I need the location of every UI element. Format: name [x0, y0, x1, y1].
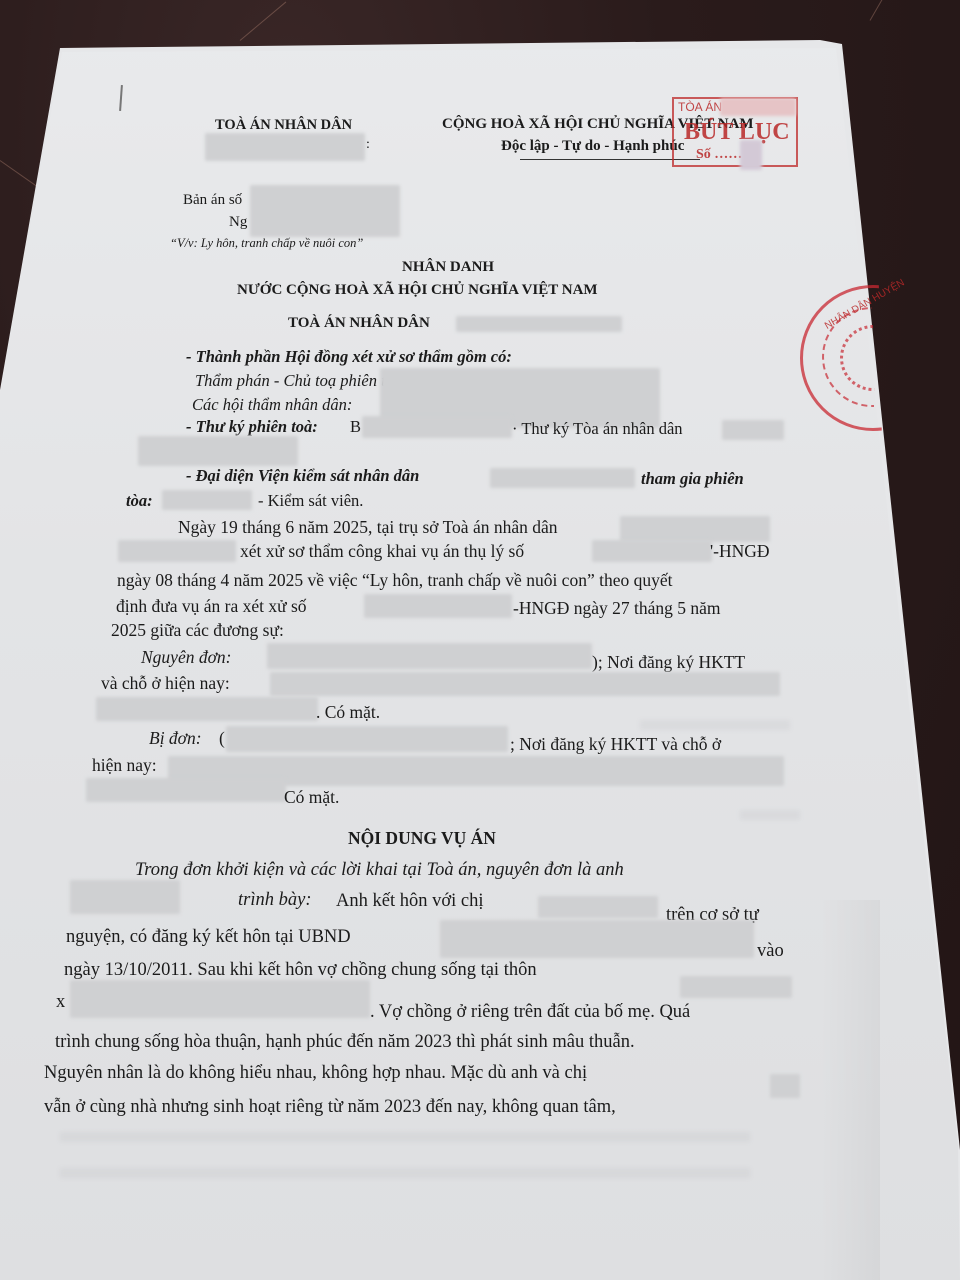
defendant-prefix: ( [219, 730, 225, 748]
bleed-through [740, 810, 800, 820]
redacted-stamp-number [740, 140, 762, 170]
procuracy-label: - Đại diện Viện kiểm sát nhân dân [186, 468, 419, 485]
procuracy-line2: tòa: [126, 493, 153, 510]
procuracy-tail: tham gia phiên [641, 471, 744, 488]
trial-line-2-tail: '-HNGĐ [710, 543, 770, 561]
table-scratch [240, 2, 287, 41]
redacted-decision-number [364, 594, 512, 618]
redacted-trial-court-line2 [118, 540, 236, 562]
redacted-village-name [680, 976, 792, 998]
content-line-2a: trình bày: [238, 891, 311, 910]
redacted-trial-court [620, 516, 770, 542]
redacted-plaintiff-address-line2 [96, 697, 318, 721]
redacted-defendant-address-line2 [86, 778, 286, 802]
stamp-title: BÚT LỤC [684, 120, 790, 144]
content-line-4: ngày 13/10/2011. Sau khi kết hôn vợ chồn… [64, 961, 537, 980]
redacted-court-location [205, 133, 365, 161]
page-shading [820, 900, 880, 1280]
redacted-court-location [456, 316, 622, 332]
case-subject: “V/v: Ly hôn, tranh chấp về nuôi con” [170, 237, 363, 250]
plaintiff-present: . Có mặt. [316, 704, 380, 722]
title-republic: NƯỚC CỘNG HOÀ XÃ HỘI CHỦ NGHĨA VIỆT NAM [237, 283, 598, 298]
table-scratch [0, 160, 37, 187]
judge-label: Thẩm phán - Chủ toạ phiên toà: [195, 373, 408, 390]
defendant-label: Bị đơn: [149, 730, 202, 748]
title-in-the-name-of: NHÂN DANH [402, 260, 494, 275]
prosecutor-role: - Kiểm sát viên. [258, 493, 363, 510]
redacted-plaintiff-address [270, 672, 780, 696]
redacted-stamp-name [720, 98, 796, 116]
clerk-prefix: B [350, 419, 361, 436]
redacted-prosecutor-name [162, 490, 252, 510]
redacted-defendant-name [226, 726, 508, 752]
bleed-through [640, 720, 790, 730]
redacted-clerk-name [362, 416, 512, 438]
trial-line-2: xét xử sơ thẩm công khai vụ án thụ lý số [240, 543, 524, 561]
redacted-procuracy-name [490, 468, 635, 488]
bleed-through [60, 1132, 750, 1142]
redacted-clerk-court [722, 420, 784, 440]
redacted-wife-name-2 [770, 1074, 800, 1098]
content-line-2b: Anh kết hôn với chị [336, 892, 484, 911]
redacted-wife-name [538, 896, 658, 918]
title-court: TOÀ ÁN NHÂN DÂN [288, 316, 430, 331]
redacted-ubnd-name [440, 920, 754, 958]
content-line-7: Nguyên nhân là do không hiểu nhau, không… [44, 1064, 587, 1083]
trial-line-4b: -HNGĐ ngày 27 tháng 5 năm [513, 600, 721, 618]
document-page [0, 0, 960, 1280]
clerk-role: · Thư ký Tòa án nhân dân [512, 421, 683, 438]
clerk-label: - Thư ký phiên toà: [186, 419, 318, 436]
jurors-label: Các hội thẩm nhân dân: [192, 397, 352, 414]
redacted-plaintiff-name [267, 643, 592, 669]
trial-line-1: Ngày 19 tháng 6 năm 2025, tại trụ sở Toà… [178, 519, 558, 537]
stamp-court-label: TÒA ÁN [678, 101, 722, 113]
national-motto: Độc lập - Tự do - Hạnh phúc [501, 139, 684, 154]
trial-line-3: ngày 08 tháng 4 năm 2025 về việc “Ly hôn… [117, 572, 672, 590]
redacted-case-number [592, 540, 712, 562]
defendant-tail: ; Nơi đăng ký HKTT và chỗ ở [510, 736, 721, 754]
redacted-clerk-court-line2 [138, 436, 298, 466]
trial-line-4a: định đưa vụ án ra xét xử số [116, 598, 307, 616]
court-name-header: TOÀ ÁN NHÂN DÂN [215, 118, 352, 133]
content-line-5b: . Vợ chồng ở riêng trên đất của bố mẹ. Q… [370, 1003, 690, 1022]
plaintiff-line-2: và chỗ ở hiện nay: [101, 675, 230, 693]
table-scratch [870, 0, 886, 21]
plaintiff-label: Nguyên đơn: [141, 649, 232, 667]
content-line-8: vẫn ở cùng nhà nhưng sinh hoạt riêng từ … [44, 1098, 616, 1117]
content-line-1: Trong đơn khởi kiện và các lời khai tại … [135, 861, 624, 880]
bleed-through [60, 1168, 750, 1178]
court-seal-emblem [840, 325, 906, 391]
redacted-judgment-number [250, 185, 400, 237]
trial-line-5: 2025 giữa các đương sự: [111, 622, 284, 640]
defendant-present: Có mặt. [284, 789, 339, 807]
plaintiff-tail: ); Nơi đăng ký HKTT [592, 654, 745, 672]
defendant-line-2: hiện nay: [92, 757, 157, 775]
judgment-date-label: Ng [229, 215, 247, 230]
redacted-plaintiff-name-content [70, 880, 180, 914]
redacted-village-name-line2 [70, 980, 370, 1018]
panel-heading: - Thành phần Hội đồng xét xử sơ thẩm gồm… [186, 349, 512, 366]
content-line-5a: x [56, 993, 65, 1012]
content-heading: NỘI DUNG VỤ ÁN [348, 830, 496, 848]
content-line-3b: vào [757, 942, 784, 961]
stamp-number: Số …… [696, 148, 742, 162]
judgment-number-label: Bản án số [183, 193, 242, 208]
content-line-3a: nguyện, có đăng ký kết hôn tại UBND [66, 928, 351, 947]
content-line-6: trình chung sống hòa thuận, hạnh phúc đế… [55, 1033, 635, 1052]
court-suffix: : [366, 138, 370, 152]
